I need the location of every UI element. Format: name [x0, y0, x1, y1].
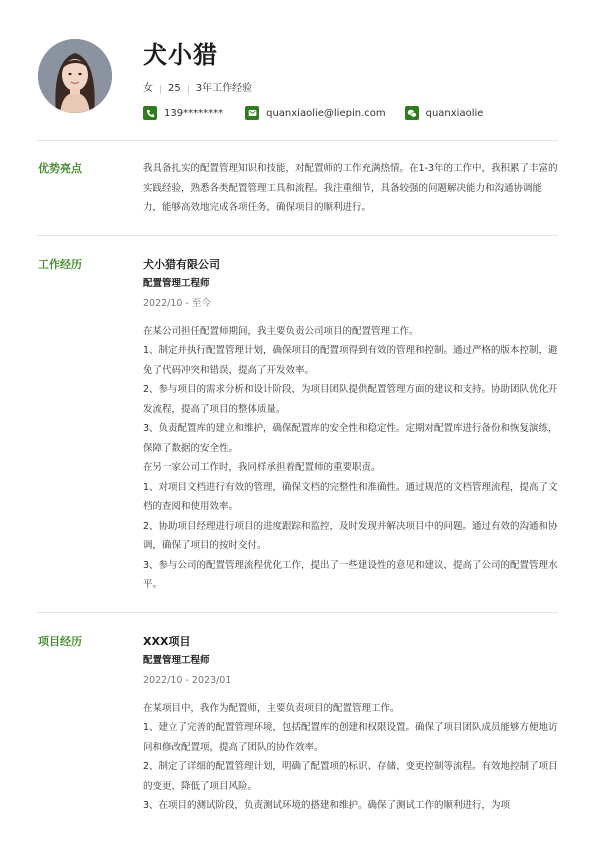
- basic-info: 女 25 3年工作经验: [143, 82, 252, 96]
- wechat-icon: [405, 106, 419, 120]
- avatar: [38, 39, 112, 113]
- contact-wechat: quanxiaolie: [405, 106, 484, 120]
- phone-number[interactable]: 139********: [164, 108, 223, 119]
- work-entry: 犬小猎有限公司 配置管理工程师 2022/10 - 至今 在某公司担任配置师期间…: [143, 255, 558, 595]
- phone-icon: [143, 106, 157, 120]
- work-description: 1、对项目文档进行有效的管理，确保文档的完整性和准确性。通过规范的文档管理流程，…: [143, 478, 558, 517]
- project-description: 在某项目中，我作为配置师，主要负责项目的配置管理工作。: [143, 699, 558, 719]
- gender: 女: [143, 82, 153, 96]
- divider: [160, 85, 161, 94]
- mail-icon: [245, 106, 259, 120]
- contact-list: 139******** quanxiaolie@liepin.com: [143, 106, 503, 120]
- section-title: 优势亮点: [36, 159, 143, 218]
- divider: [188, 85, 189, 94]
- work-description: 3、负责配置库的建立和维护，确保配置库的安全性和稳定性。定期对配置库进行备份和恢…: [143, 419, 558, 458]
- candidate-name: 犬小猎: [143, 39, 218, 71]
- section-work-experience: 工作经历 犬小猎有限公司 配置管理工程师 2022/10 - 至今 在某公司担任…: [36, 236, 558, 613]
- resume-page: 犬小猎 女 25 3年工作经验 139********: [0, 0, 594, 841]
- section-title: 项目经历: [36, 632, 143, 816]
- project-description: 2、制定了详细的配置管理计划，明确了配置项的标识、存储、变更控制等流程。有效地控…: [143, 757, 558, 796]
- section-summary: 优势亮点 我具备扎实的配置管理知识和技能，对配置师的工作充满热情。在1-3年的工…: [36, 141, 558, 236]
- project-description: 3、在项目的测试阶段，负责测试环境的搭建和维护。确保了测试工作的顺利进行，为项: [143, 796, 558, 816]
- email-address[interactable]: quanxiaolie@liepin.com: [266, 108, 386, 119]
- project-period: 2022/10 - 2023/01: [143, 671, 558, 690]
- company-name: 犬小猎有限公司: [143, 255, 558, 274]
- job-title: 配置管理工程师: [143, 274, 558, 294]
- project-name: XXX项目: [143, 632, 558, 651]
- avatar-photo-icon: [38, 39, 112, 113]
- section-project-experience: 项目经历 XXX项目 配置管理工程师 2022/10 - 2023/01 在某项…: [36, 613, 558, 816]
- work-period: 2022/10 - 至今: [143, 294, 558, 313]
- contact-phone: 139********: [143, 106, 223, 120]
- work-description: 2、协助项目经理进行项目的进度跟踪和监控，及时发现并解决项目中的问题。通过有效的…: [143, 517, 558, 556]
- project-description: 1、建立了完善的配置管理环境，包括配置库的创建和权限设置。确保了项目团队成员能够…: [143, 718, 558, 757]
- summary-text: 我具备扎实的配置管理知识和技能，对配置师的工作充满热情。在1-3年的工作中，我积…: [143, 159, 558, 218]
- age: 25: [168, 82, 181, 96]
- resume-header: 犬小猎 女 25 3年工作经验 139********: [36, 0, 558, 141]
- work-description: 在另一家公司工作时，我同样承担着配置师的重要职责。: [143, 458, 558, 478]
- work-description: 1、制定并执行配置管理计划，确保项目的配置项得到有效的管理和控制。通过严格的版本…: [143, 341, 558, 380]
- project-entry: XXX项目 配置管理工程师 2022/10 - 2023/01 在某项目中，我作…: [143, 632, 558, 816]
- wechat-id[interactable]: quanxiaolie: [426, 108, 484, 119]
- experience-years: 3年工作经验: [196, 82, 252, 96]
- work-description: 在某公司担任配置师期间，我主要负责公司项目的配置管理工作。: [143, 322, 558, 342]
- work-description: 3、参与公司的配置管理流程优化工作，提出了一些建设性的意见和建议，提高了公司的配…: [143, 556, 558, 595]
- project-role: 配置管理工程师: [143, 651, 558, 671]
- section-title: 工作经历: [36, 255, 143, 595]
- contact-email: quanxiaolie@liepin.com: [245, 106, 386, 120]
- work-description: 2、参与项目的需求分析和设计阶段，为项目团队提供配置管理方面的建议和支持。协助团…: [143, 380, 558, 419]
